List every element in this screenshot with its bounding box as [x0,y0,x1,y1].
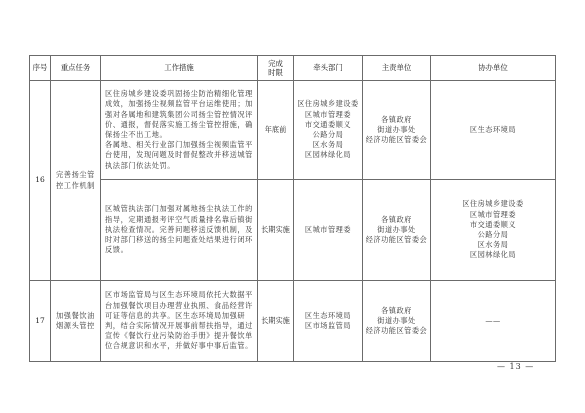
header-task: 重点任务 [51,56,101,81]
row-assist-unit: —— [431,281,556,362]
row-measures: 区市场监管局与区生态环境局依托大数据平台加强餐饮项目办理营业执照、食品经营许可证… [101,281,258,362]
row-lead-dept: 区住房城乡建设委 区城市管理委 市交通委顺义 公路分局 区水务局 区园林绿化局 [294,81,363,180]
row-main-unit: 各镇政府 街道办事处 经济功能区管委会 [363,81,431,180]
header-number: 序号 [30,56,51,81]
row-main-unit: 各镇政府 街道办事处 经济功能区管委会 [363,180,431,281]
table-row: 16 完善扬尘管 控工作机制 区住房城乡建设委巩固扬尘防治精细化管理成效，加强扬… [30,81,556,180]
row-task: 完善扬尘管 控工作机制 [51,81,101,281]
header-lead-dept: 牵头部门 [294,56,363,81]
header-measures: 工作措施 [101,56,258,81]
table-row: 17 加强餐饮油 烟源头管控 区市场监管局与区生态环境局依托大数据平台加强餐饮项… [30,281,556,362]
row-deadline: 长期实施 [258,180,294,281]
row-lead-dept: 区生态环境局 区市场监管局 [294,281,363,362]
row-main-unit: 各镇政府 街道办事处 经济功能区管委会 [363,281,431,362]
row-deadline: 年底前 [258,81,294,180]
row-number: 16 [30,81,51,281]
row-measures: 区住房城乡建设委巩固扬尘防治精细化管理成效，加强扬尘视频监管平台运维使用；加强对… [101,81,258,180]
document-page: 序号 重点任务 工作措施 完成 时限 牵头部门 主责单位 协办单位 16 完善扬… [0,0,585,413]
page-number: — 13 — [497,362,534,371]
measure-paragraph: 区住房城乡建设委巩固扬尘防治精细化管理成效，加强扬尘视频监管平台运维使用；加强对… [105,89,253,140]
row-deadline: 长期实施 [258,281,294,362]
table-row: 区城管执法部门加强对属地扬尘执法工作的指导，定期通报考评空气质量排名靠后镇街执法… [30,180,556,281]
header-deadline: 完成 时限 [258,56,294,81]
header-row: 序号 重点任务 工作措施 完成 时限 牵头部门 主责单位 协办单位 [30,56,556,81]
row-measures: 区城管执法部门加强对属地扬尘执法工作的指导，定期通报考评空气质量排名靠后镇街执法… [101,180,258,281]
row-task: 加强餐饮油 烟源头管控 [51,281,101,362]
row-lead-dept: 区城市管理委 [294,180,363,281]
header-assist-unit: 协办单位 [431,56,556,81]
task-table: 序号 重点任务 工作措施 完成 时限 牵头部门 主责单位 协办单位 16 完善扬… [29,55,556,362]
row-assist-unit: 区住房城乡建设委 区城市管理委 市交通委顺义 公路分局 区水务局 区园林绿化局 [431,180,556,281]
row-assist-unit: 区生态环境局 [431,81,556,180]
header-main-unit: 主责单位 [363,56,431,81]
row-number: 17 [30,281,51,362]
measure-paragraph: 各属地、相关行业部门加强扬尘视频监管平台使用，发现问题及时督促整改并移送城管执法… [105,140,253,171]
